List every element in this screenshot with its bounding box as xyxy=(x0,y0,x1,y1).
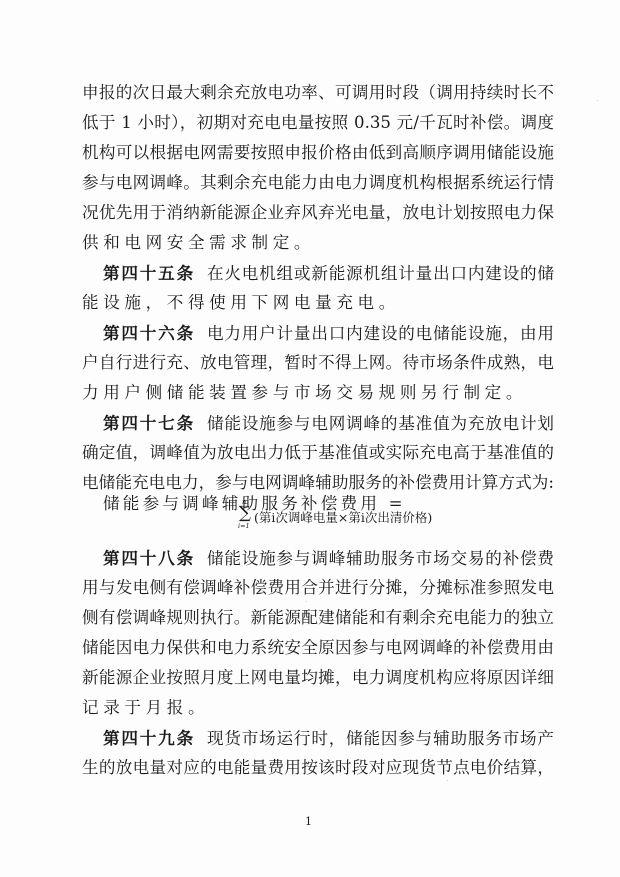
article-47: 第四十七条储能设施参与电网调峰的基准值为充放电计划 xyxy=(103,413,554,434)
paragraph-line: 生的放电量对应的电能量费用按该时段对应现货节点电价结算， xyxy=(82,758,554,778)
article-text: 储能设施参与调峰辅助服务市场交易的补偿费 xyxy=(207,549,554,568)
paragraph-line: 新能源企业按照月度上网电量均摊，电力调度机构应将原因详细 xyxy=(82,668,554,688)
page-number: 1 xyxy=(305,815,312,828)
article-label: 第四十七条 xyxy=(103,413,195,433)
paragraph-line: 供和电网安全需求制定。 xyxy=(82,233,554,253)
article-text: 在火电机组或新能源机组计量出口内建设的储 xyxy=(207,264,554,283)
sigma-symbol: ∑ xyxy=(238,505,252,521)
paragraph-line: 能设施，不得使用下网电量充电。 xyxy=(82,293,554,313)
scan-speck xyxy=(597,100,598,101)
summation: n ∑ i=1 xyxy=(238,505,252,521)
article-text: 现货市场运行时，储能因参与辅助服务市场产 xyxy=(207,729,554,748)
sum-upper-limit: n xyxy=(242,498,246,506)
paragraph-line: 力用户侧储能装置参与市场交易规则另行制定。 xyxy=(82,383,554,403)
sum-lower-limit: i=1 xyxy=(238,522,250,530)
paragraph-line: 电储能充电电力，参与电网调峰辅助服务的补偿费用计算方式为: xyxy=(82,473,554,493)
article-label: 第四十六条 xyxy=(103,323,195,343)
paragraph-line: 况优先用于消纳新能源企业弃风弃光电量，放电计划按照电力保 xyxy=(82,203,554,223)
article-46: 第四十六条电力用户计量出口内建设的电储能设施，由用 xyxy=(103,323,554,344)
paragraph-line: 用与发电侧有偿调峰补偿费用合并进行分摊，分摊标准参照发电 xyxy=(82,578,554,598)
article-label: 第四十八条 xyxy=(103,548,195,568)
article-49: 第四十九条现货市场运行时，储能因参与辅助服务市场产 xyxy=(103,728,554,749)
paragraph-line: 机构可以根据电网需要按照申报价格由低到高顺序调用储能设施 xyxy=(82,143,554,163)
article-text: 电力用户计量出口内建设的电储能设施，由用 xyxy=(207,324,554,343)
paragraph-line: 申报的次日最大剩余充放电功率、可调用时段（调用持续时长不 xyxy=(82,83,554,103)
article-text: 储能设施参与电网调峰的基准值为充放电计划 xyxy=(207,414,554,433)
paragraph-line: 侧有偿调峰规则执行。新能源配建储能和有剩余充电能力的独立 xyxy=(82,608,554,628)
article-label: 第四十九条 xyxy=(103,728,195,748)
paragraph-line: 户自行进行充、放电管理，暂时不得上网。待市场条件成熟，电 xyxy=(82,353,554,373)
formula-body: (第i次调峰电量×第i次出清价格) xyxy=(254,508,432,526)
article-label: 第四十五条 xyxy=(103,263,195,283)
scan-speck xyxy=(306,601,307,602)
paragraph-line: 记录于月报。 xyxy=(82,698,554,718)
paragraph-line: 确定值，调峰值为放电出力低于基准值或实际充电高于基准值的 xyxy=(82,443,554,463)
article-48: 第四十八条储能设施参与调峰辅助服务市场交易的补偿费 xyxy=(103,548,554,569)
article-45: 第四十五条在火电机组或新能源机组计量出口内建设的储 xyxy=(103,263,554,284)
paragraph-line: 参与电网调峰。其剩余充电能力由电力调度机构根据系统运行情 xyxy=(82,173,554,193)
paragraph-line: 储能因电力保供和电力系统安全原因参与电网调峰的补偿费用由 xyxy=(82,638,554,658)
scan-speck xyxy=(447,780,448,781)
document-page: 申报的次日最大剩余充放电功率、可调用时段（调用持续时长不 低于 1 小时），初期… xyxy=(0,0,620,877)
paragraph-line: 低于 1 小时），初期对充电电量按照 0.35 元/千瓦时补偿。调度 xyxy=(82,113,554,133)
